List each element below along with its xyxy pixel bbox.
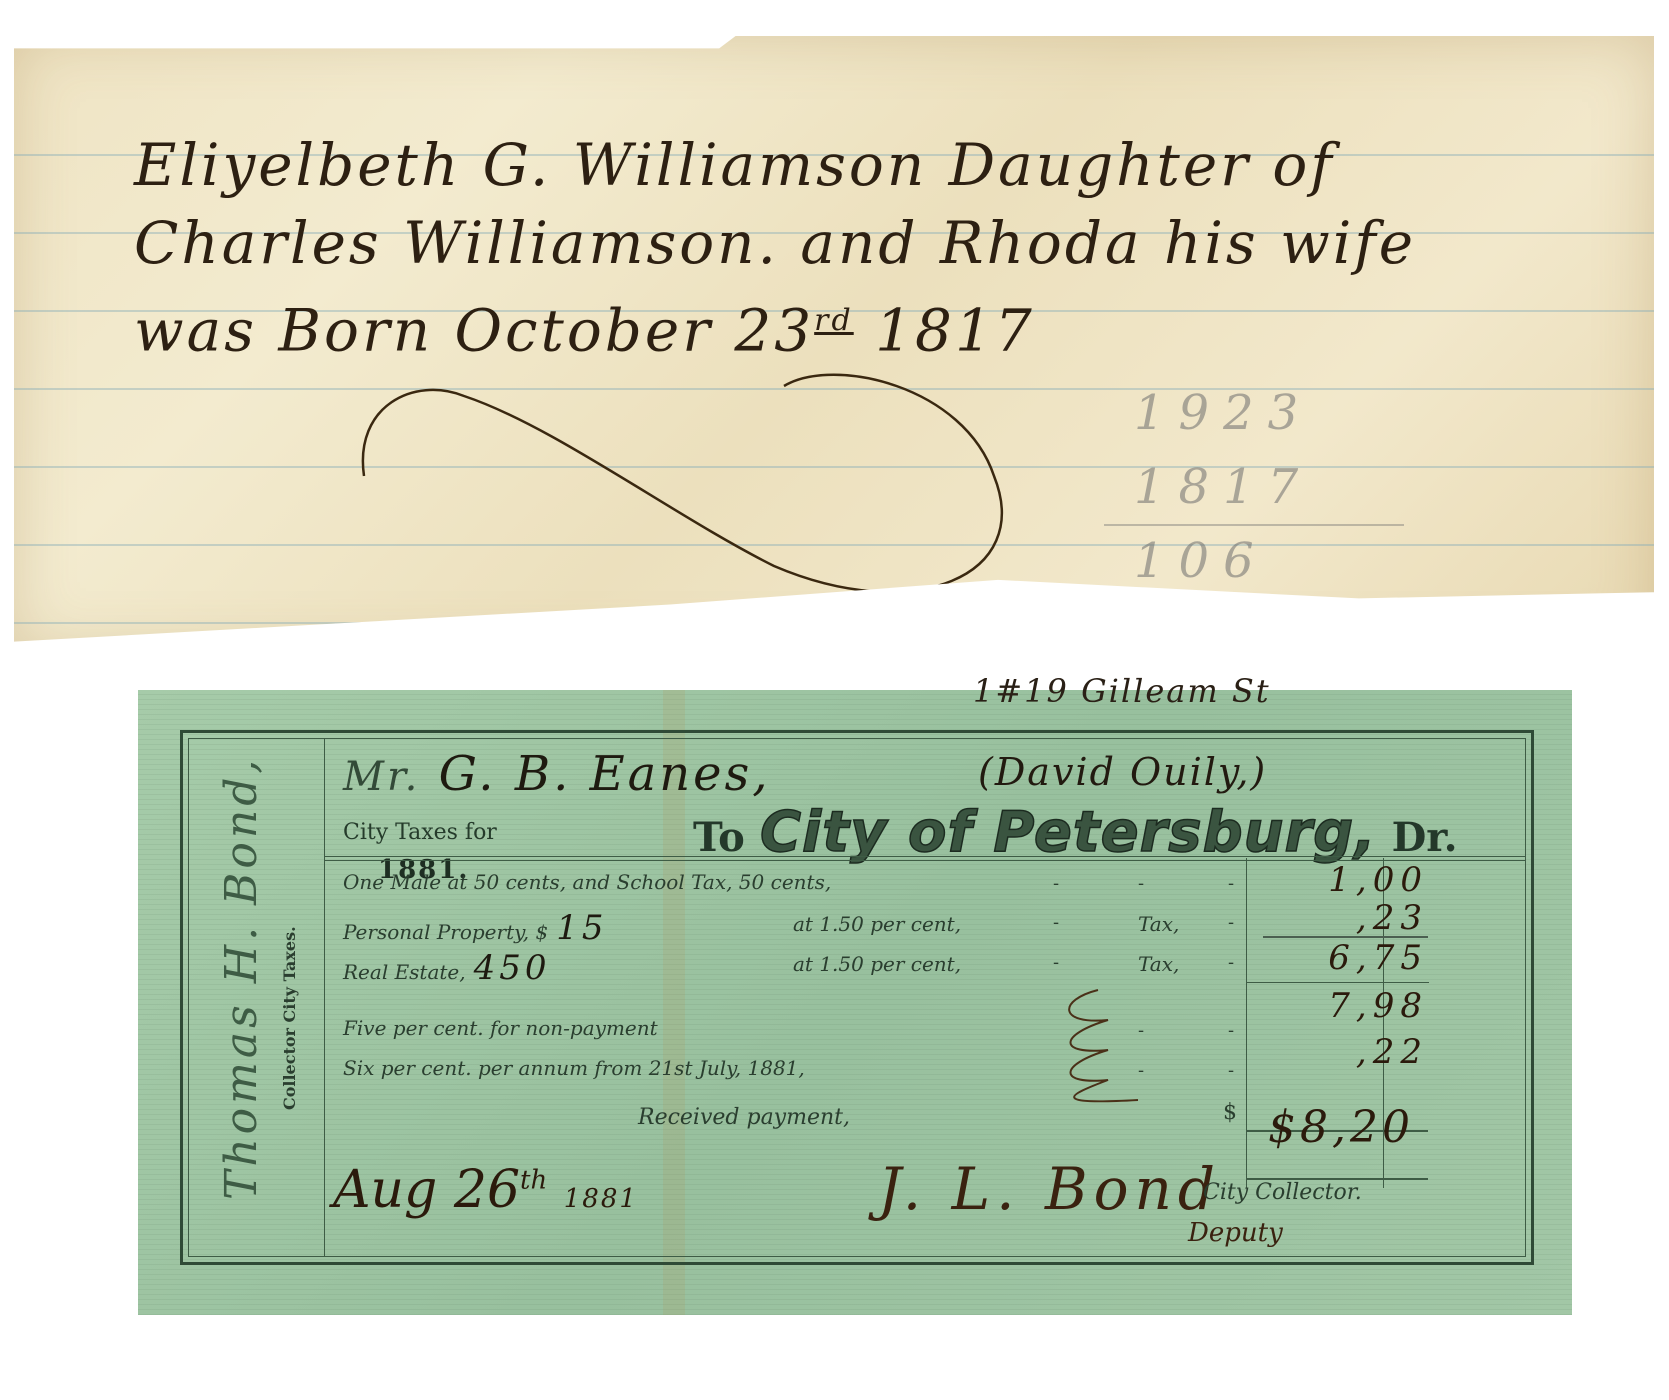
title-dr: Dr. xyxy=(1392,814,1458,861)
line-item-real-estate: Real Estate,450 xyxy=(343,948,551,988)
total-amount: $8,20 xyxy=(1268,1102,1414,1153)
collector-name-vertical: Thomas H. Bond, xyxy=(216,756,267,1200)
leader-dot: - xyxy=(1228,952,1234,973)
subtotal-amount: 7,98 xyxy=(1298,986,1428,1026)
address-note: 1#19 Gilleam St xyxy=(973,672,1271,710)
leader-dot: - xyxy=(1228,1060,1234,1081)
date-month-day: Aug 26 xyxy=(333,1160,520,1220)
date-suffix: rd xyxy=(814,303,854,338)
tax-receipt: 1#19 Gilleam St Mr. G. B. Eanes, (David … xyxy=(138,690,1572,1315)
line-item-poll-tax: One Male at 50 cents, and School Tax, 50… xyxy=(343,870,831,894)
birth-date: was Born October 23 xyxy=(134,296,814,364)
leader-dot: - xyxy=(1053,912,1059,933)
record-line-3: was Born October 23rd 1817 xyxy=(134,282,1584,369)
line-item-personal-property: Personal Property, $15 xyxy=(343,908,607,948)
dollar-sign: $ xyxy=(1223,1100,1237,1125)
side-panel-divider xyxy=(324,738,325,1257)
pen-flourish-icon xyxy=(354,366,1034,606)
real-estate-rate: at 1.50 per cent, xyxy=(793,952,961,976)
amount-interest: ,22 xyxy=(1298,1032,1428,1072)
alias-note: (David Ouily,) xyxy=(978,750,1267,794)
payee: Mr. G. B. Eanes, xyxy=(343,746,770,802)
leader-dot: - xyxy=(1228,912,1234,933)
ruled-line xyxy=(14,622,1654,624)
birth-record-note: Eliyelbeth G. Williamson Daughter of Cha… xyxy=(14,36,1654,654)
deputy-note: Deputy xyxy=(1188,1218,1283,1248)
amount-poll-tax: 1,00 xyxy=(1298,860,1428,900)
leader-dot: - xyxy=(1053,952,1059,973)
city-collector-label: City Collector. xyxy=(1203,1180,1362,1205)
bracket-flourish-icon xyxy=(1038,980,1148,1110)
collector-title-vertical: Collector City Taxes. xyxy=(280,926,299,1110)
payee-name: G. B. Eanes, xyxy=(439,746,771,802)
personal-property-rate: at 1.50 per cent, xyxy=(793,912,961,936)
date-suffix: th xyxy=(520,1166,547,1196)
record-line-2: Charles Williamson. and Rhoda his wife xyxy=(134,204,1584,282)
tax-label: Tax, xyxy=(1138,952,1179,976)
penalty-non-payment: Five per cent. for non-payment xyxy=(343,1016,658,1040)
tax-label: Tax, xyxy=(1138,912,1179,936)
leader-dot: - xyxy=(1138,873,1144,894)
birth-year: 1817 xyxy=(875,296,1035,364)
real-estate-value: 450 xyxy=(474,948,551,988)
calc-result: 106 xyxy=(1134,524,1312,598)
date-year: 1881 xyxy=(564,1184,638,1214)
payment-date: Aug 26th 1881 xyxy=(333,1160,638,1220)
penalty-interest: Six per cent. per annum from 21st July, … xyxy=(343,1056,805,1080)
calc-minus: 1817 xyxy=(1134,450,1312,524)
subtotal-rule xyxy=(1246,982,1429,983)
leader-dot: - xyxy=(1228,1020,1234,1041)
calc-top: 1923 xyxy=(1134,376,1312,450)
pencil-calculation: 1923 1817 106 xyxy=(1134,376,1312,598)
leader-dot: - xyxy=(1053,873,1059,894)
birth-record-text: Eliyelbeth G. Williamson Daughter of Cha… xyxy=(134,126,1584,369)
leader-dot: - xyxy=(1228,873,1234,894)
header-divider xyxy=(324,856,1526,857)
record-line-1: Eliyelbeth G. Williamson Daughter of xyxy=(134,126,1584,204)
payee-prefix: Mr. xyxy=(343,754,420,800)
personal-property-value: 15 xyxy=(556,908,607,948)
collector-signature: J. L. Bond xyxy=(878,1155,1221,1223)
received-payment-label: Received payment, xyxy=(638,1105,850,1130)
amount-real-estate: 6,75 xyxy=(1298,938,1428,978)
title-to: To xyxy=(693,814,745,861)
calc-rule xyxy=(1104,524,1404,526)
taxes-for-label: City Taxes for xyxy=(343,820,497,845)
amount-personal-property: ,23 xyxy=(1298,898,1428,938)
